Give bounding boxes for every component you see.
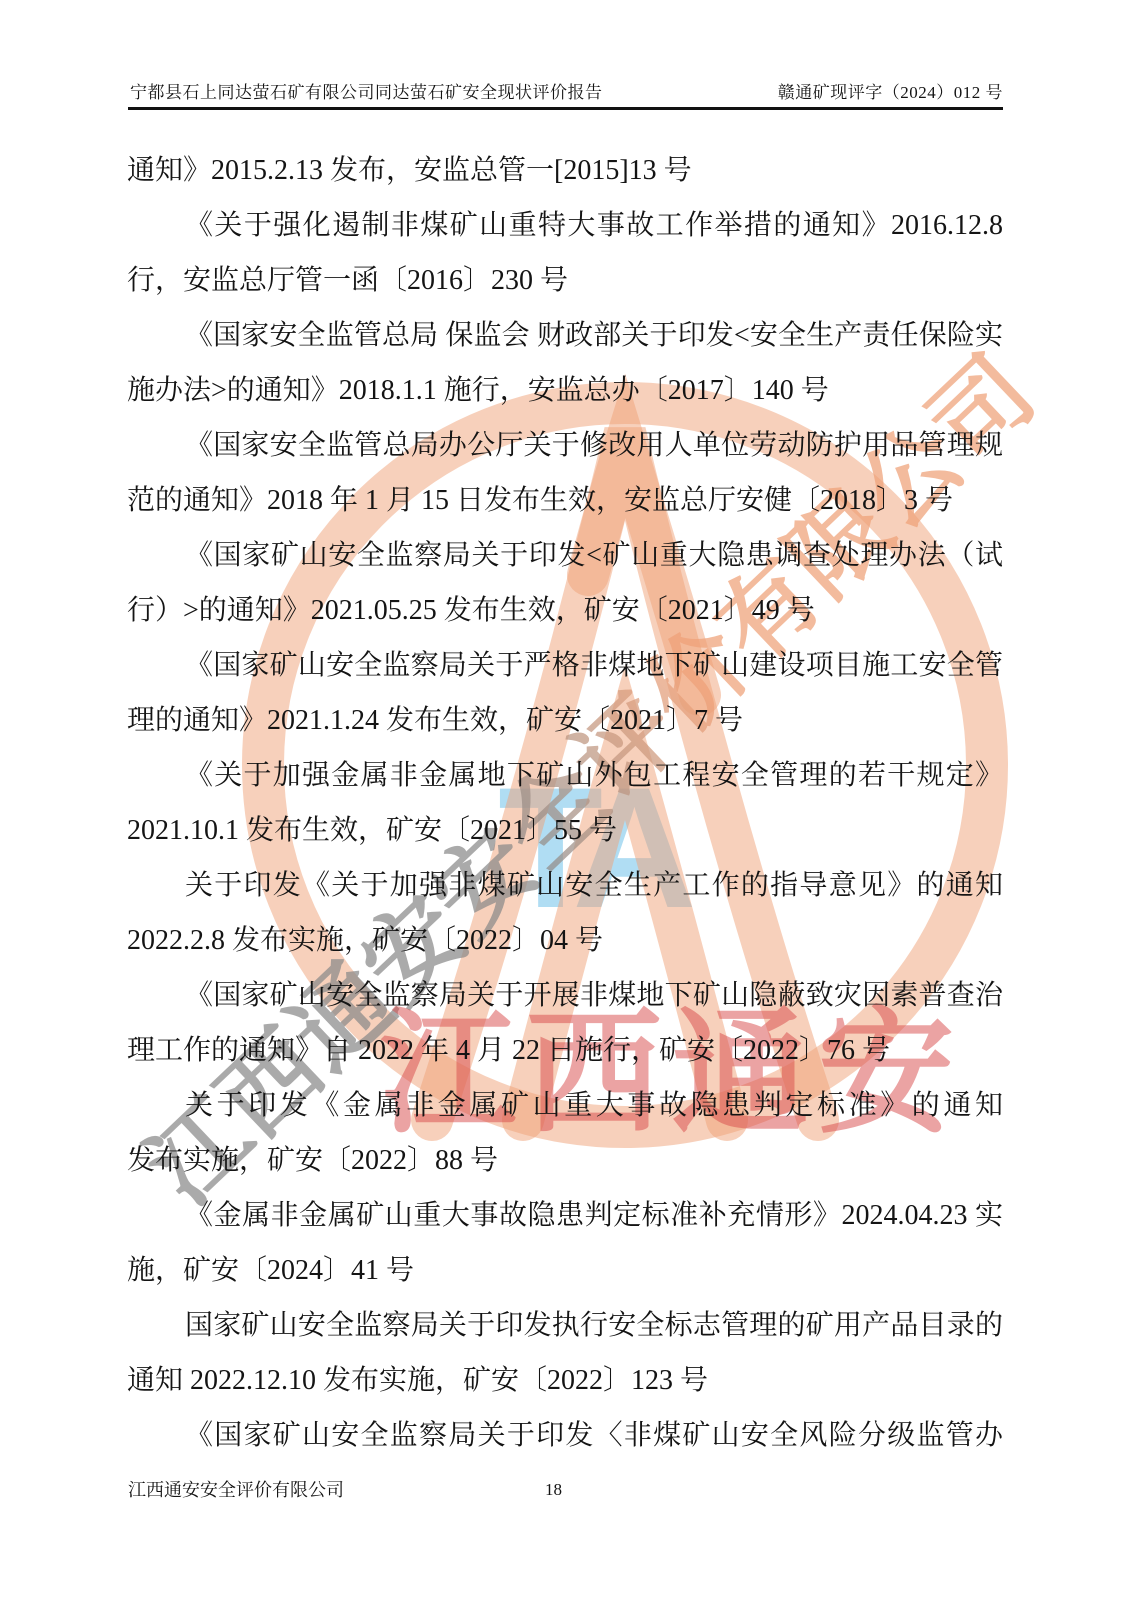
footer-company-name: 江西通安安全评价有限公司: [128, 1478, 344, 1502]
body-line: 2021.10.1 发布生效，矿安〔2021〕55 号: [127, 803, 1003, 858]
body-line: 《关于加强金属非金属地下矿山外包工程安全管理的若干规定》: [127, 748, 1003, 803]
body-line: 《国家矿山安全监察局关于印发〈非煤矿山安全风险分级监管办法〉: [127, 1408, 1003, 1463]
body-line: 发布实施，矿安〔2022〕88 号: [127, 1133, 1003, 1188]
body-line: 理的通知》2021.1.24 发布生效，矿安〔2021〕7 号: [127, 693, 1003, 748]
body-line: 《国家安全监管总局办公厅关于修改用人单位劳动防护用品管理规: [127, 418, 1003, 473]
body-line: 理工作的通知》自 2022 年 4 月 22 日施行，矿安〔2022〕76 号: [127, 1023, 1003, 1078]
body-line: 国家矿山安全监察局关于印发执行安全标志管理的矿用产品目录的: [127, 1298, 1003, 1353]
footer-page-number: 18: [545, 1478, 562, 1502]
document-page: TA 江西通安安全评价有限公司 江西通安 宁都县石上同达萤石矿有限公司同达萤石矿…: [0, 0, 1131, 1600]
header-rule: [128, 107, 1003, 110]
body-line: 《国家安全监管总局 保监会 财政部关于印发<安全生产责任保险实: [127, 308, 1003, 363]
body-line: 《国家矿山安全监察局关于开展非煤地下矿山隐蔽致灾因素普查治: [127, 968, 1003, 1023]
body-line: 施办法>的通知》2018.1.1 施行，安监总办〔2017〕140 号: [127, 363, 1003, 418]
body-line: 行，安监总厅管一函〔2016〕230 号: [127, 253, 1003, 308]
body-line: 关于印发《关于加强非煤矿山安全生产工作的指导意见》的通知: [127, 858, 1003, 913]
header-report-title: 宁都县石上同达萤石矿有限公司同达萤石矿安全现状评价报告: [130, 82, 603, 104]
body-line: 关于印发《金属非金属矿山重大事故隐患判定标准》的通知 2022.9.1: [127, 1078, 1003, 1133]
body-line: 范的通知》2018 年 1 月 15 日发布生效，安监总厅安健〔2018〕3 号: [127, 473, 1003, 528]
body-line: 《金属非金属矿山重大事故隐患判定标准补充情形》2024.04.23 实: [127, 1188, 1003, 1243]
body-line: 施，矿安〔2024〕41 号: [127, 1243, 1003, 1298]
body-line: 《国家矿山安全监察局关于严格非煤地下矿山建设项目施工安全管: [127, 638, 1003, 693]
body-line: 通知》2015.2.13 发布，安监总管一[2015]13 号: [127, 143, 1003, 198]
body-line: 《国家矿山安全监察局关于印发<矿山重大隐患调查处理办法（试: [127, 528, 1003, 583]
body-line: 通知 2022.12.10 发布实施，矿安〔2022〕123 号: [127, 1353, 1003, 1408]
body-text: 通知》2015.2.13 发布，安监总管一[2015]13 号《关于强化遏制非煤…: [127, 143, 1003, 1463]
body-line: 《关于强化遏制非煤矿山重特大事故工作举措的通知》2016.12.8 施: [127, 198, 1003, 253]
header-doc-number: 赣通矿现评字（2024）012 号: [778, 82, 1003, 104]
body-line: 行）>的通知》2021.05.25 发布生效，矿安〔2021〕49 号: [127, 583, 1003, 638]
body-line: 2022.2.8 发布实施，矿安〔2022〕04 号: [127, 913, 1003, 968]
